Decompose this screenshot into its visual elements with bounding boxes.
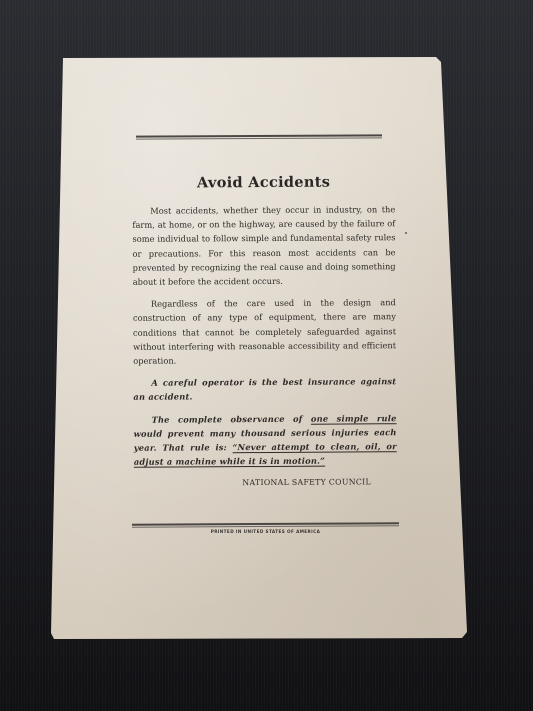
- signature: NATIONAL SAFETY COUNCIL: [134, 478, 371, 488]
- rule-underlined-phrase: one simple rule: [311, 413, 397, 424]
- document-body: Avoid Accidents Most accidents, whether …: [132, 169, 397, 488]
- printer-imprint: PRINTED IN UNITED STATES OF AMERICA: [132, 529, 399, 534]
- ink-speck: [405, 232, 407, 234]
- rule-text-part1: The complete observance of: [152, 413, 311, 424]
- document-page: Avoid Accidents Most accidents, whether …: [0, 0, 533, 711]
- document-title: Avoid Accidents: [132, 173, 395, 192]
- paragraph-intro: Most accidents, whether they occur in in…: [132, 202, 396, 289]
- emphasis-statement: A careful operator is the best insurance…: [133, 374, 396, 404]
- paragraph-equipment: Regardless of the care used in the desig…: [133, 295, 396, 368]
- bottom-rule-divider: [132, 522, 399, 527]
- rule-paragraph: The complete observance of one simple ru…: [134, 411, 397, 469]
- top-rule-divider: [136, 134, 382, 139]
